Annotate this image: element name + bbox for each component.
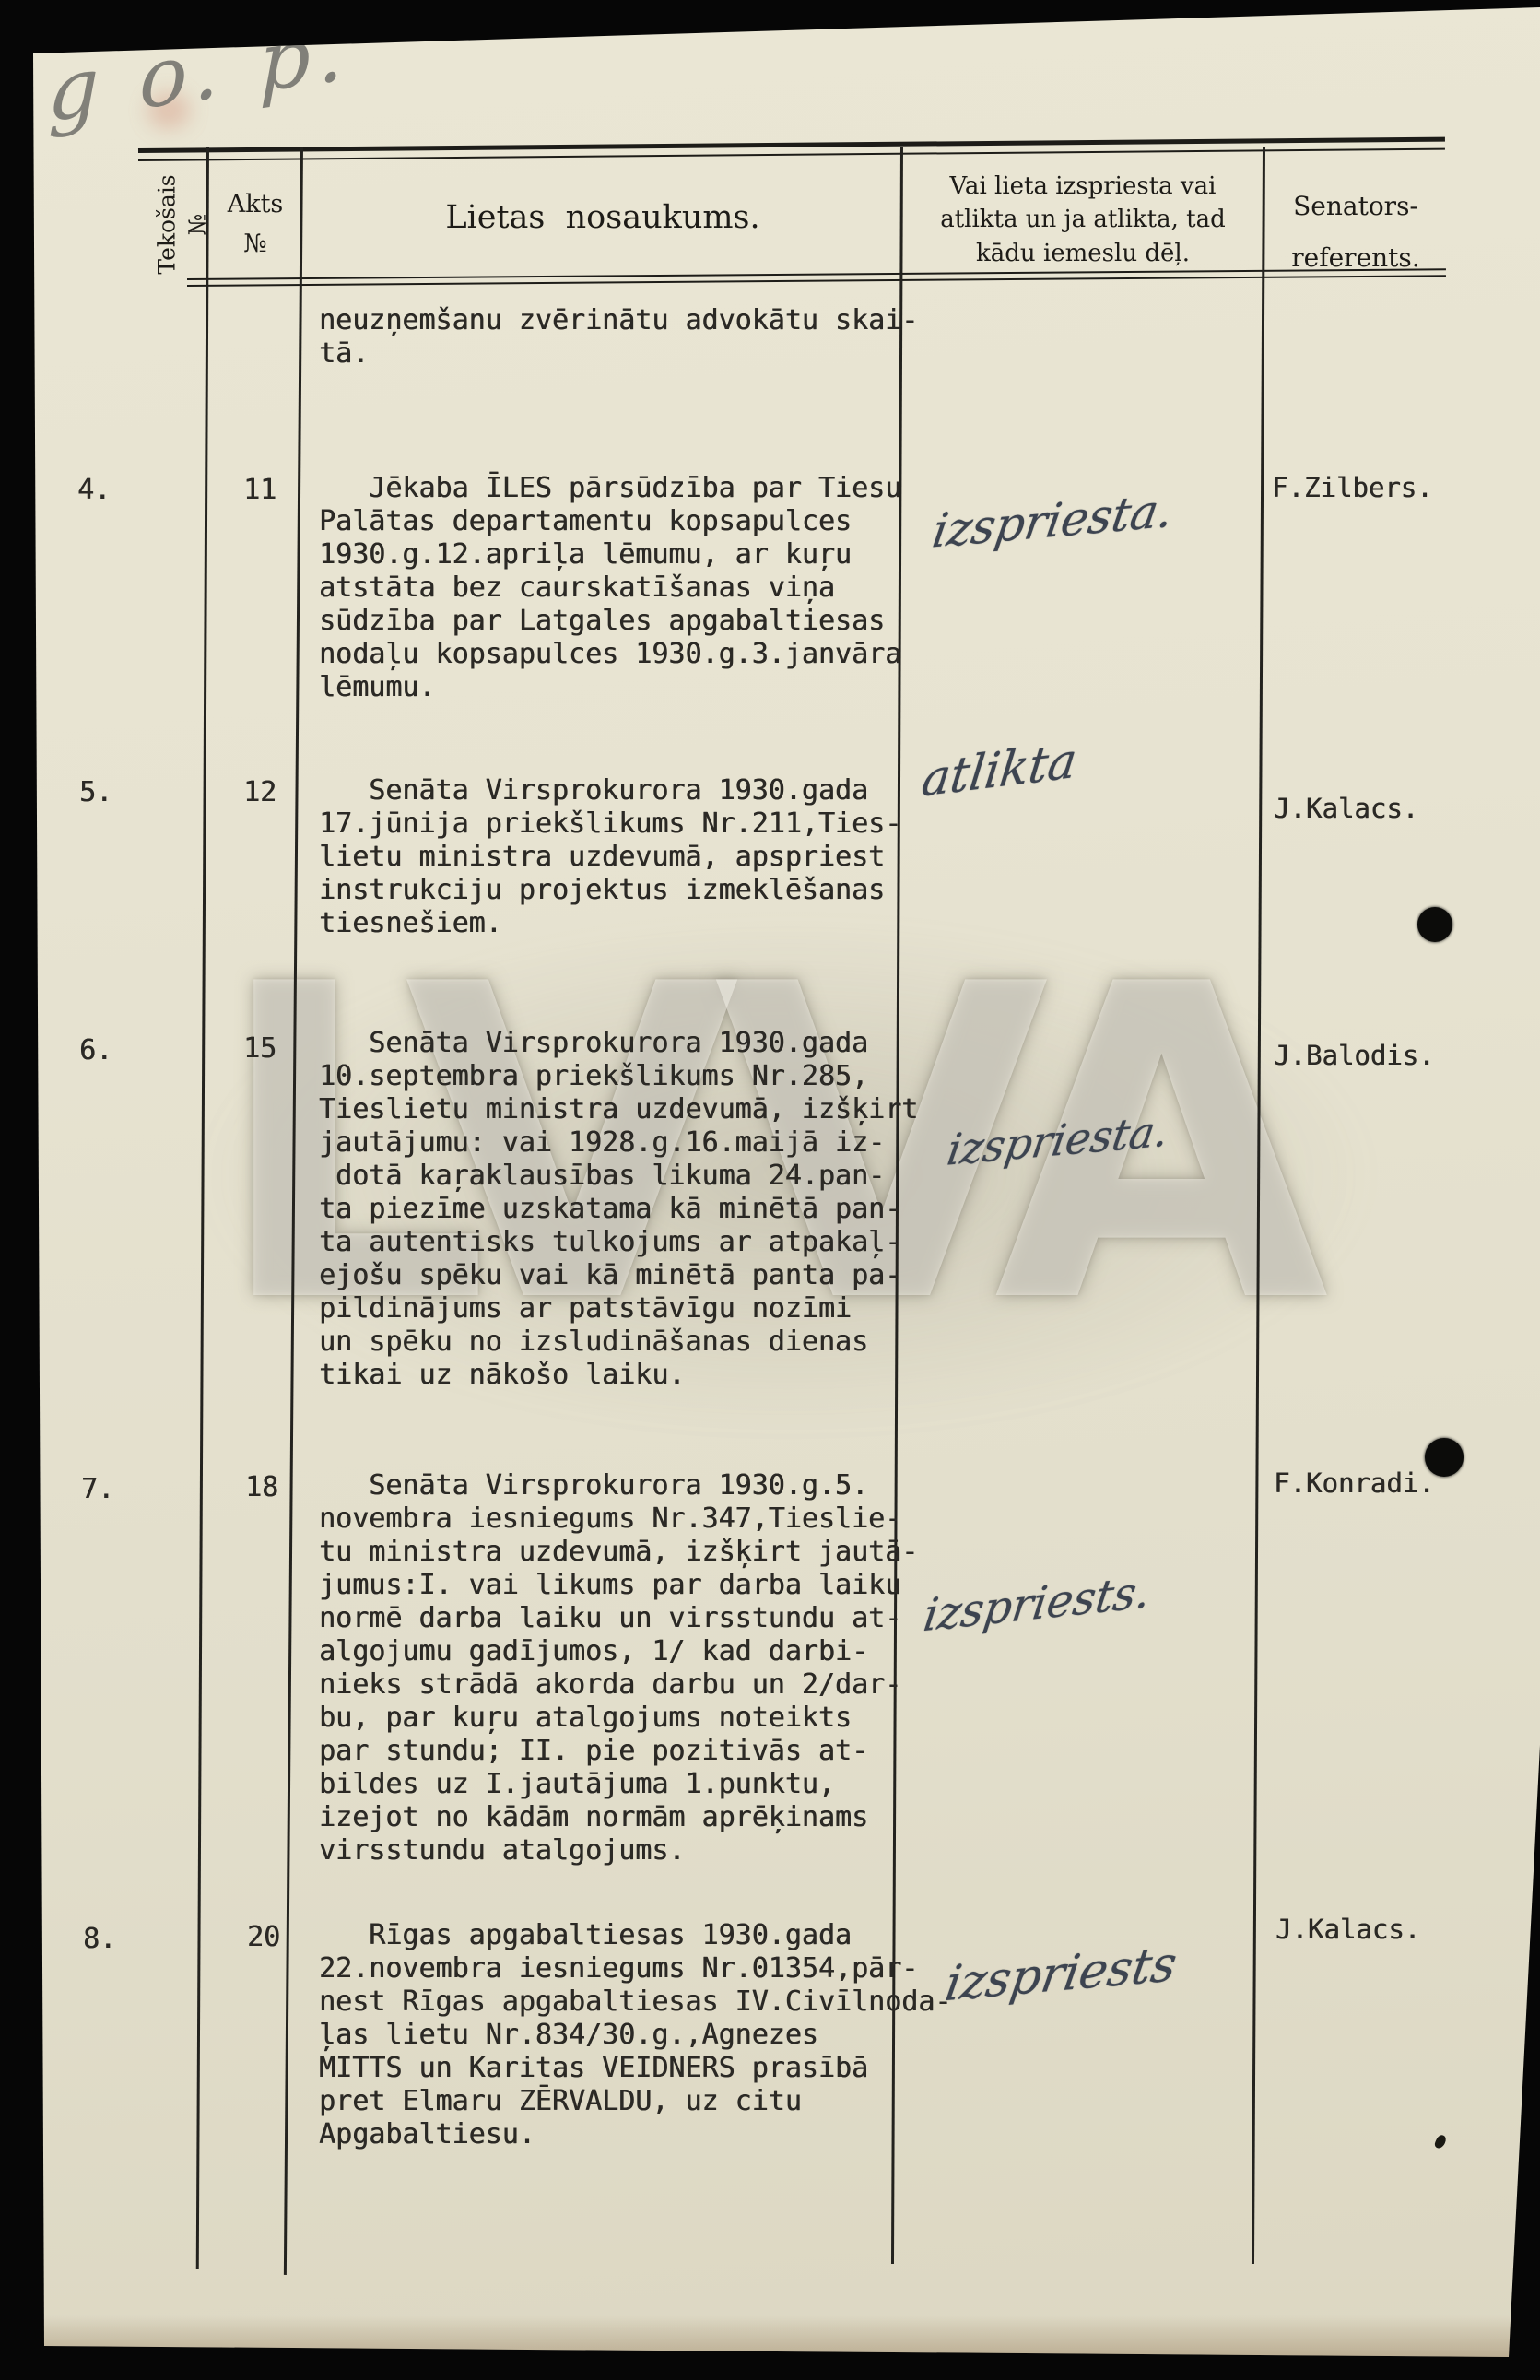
header-senator: Senators- referents.: [1266, 181, 1445, 284]
row-5-senator: J.Kalacs.: [1274, 793, 1418, 824]
row-8-outcome-handwriting: izspriests: [942, 1937, 1181, 2013]
header-act-no: Akts №: [210, 184, 300, 264]
row-8-running-no: 8.: [83, 1923, 116, 1955]
header-outcome: Vai lieta izspriesta vai atlikta un ja a…: [903, 170, 1263, 270]
row-4-outcome-handwriting: izspriesta.: [929, 483, 1177, 559]
row-4-case-text: Jēkaba ĪLES pārsūdzība par Tiesu Palātas…: [319, 472, 901, 704]
row-6-act-no: 15: [227, 1032, 293, 1065]
paper-bottom-shade: [0, 2315, 1540, 2380]
scan-background: g o. p. LVVA Tekošais № Akts № Lietas no…: [0, 0, 1540, 2380]
row-4-senator: F.Zilbers.: [1272, 472, 1433, 503]
row-8-case-text: Rīgas apgabaltiesas 1930.gada 22.novembr…: [319, 1919, 951, 2151]
header-case-title: Lietas nosaukums.: [304, 199, 901, 236]
row-7-outcome-handwriting: izspriests.: [921, 1566, 1154, 1643]
row-5-act-no: 12: [227, 776, 293, 808]
row-6-senator: J.Balodis.: [1274, 1040, 1435, 1071]
row-4-running-no: 4.: [77, 474, 111, 506]
row-7-case-text: Senāta Virsprokurora 1930.g.5. novembra …: [319, 1469, 918, 1867]
document-page: g o. p. LVVA Tekošais № Akts № Lietas no…: [0, 0, 1540, 2380]
punch-hole-1: [1417, 907, 1452, 942]
punch-hole-2: [1425, 1438, 1464, 1477]
row-7-act-no: 18: [229, 1471, 295, 1503]
header-running-no-label: Tekošais №: [152, 174, 212, 274]
row-8-senator: J.Kalacs.: [1275, 1914, 1420, 1945]
pencil-note: g o. p.: [48, 2, 351, 140]
carryover-case-text: neuzņemšanu zvērinātu advokātu skai- tā.: [319, 304, 918, 371]
row-7-senator: F.Konradi.: [1274, 1467, 1435, 1499]
header-bottom-rule-1: [187, 268, 1446, 280]
row-5-case-text: Senāta Virsprokurora 1930.gada 17.jūnija…: [319, 774, 901, 940]
row-6-running-no: 6.: [79, 1034, 112, 1066]
row-6-case-text: Senāta Virsprokurora 1930.gada 10.septem…: [319, 1027, 918, 1392]
row-5-outcome-handwriting: atlikta: [919, 733, 1080, 808]
row-5-running-no: 5.: [79, 776, 112, 808]
ink-speck: [1433, 2134, 1447, 2150]
row-4-act-no: 11: [227, 474, 293, 506]
row-8-act-no: 20: [230, 1921, 297, 1953]
row-7-running-no: 7.: [81, 1473, 114, 1505]
